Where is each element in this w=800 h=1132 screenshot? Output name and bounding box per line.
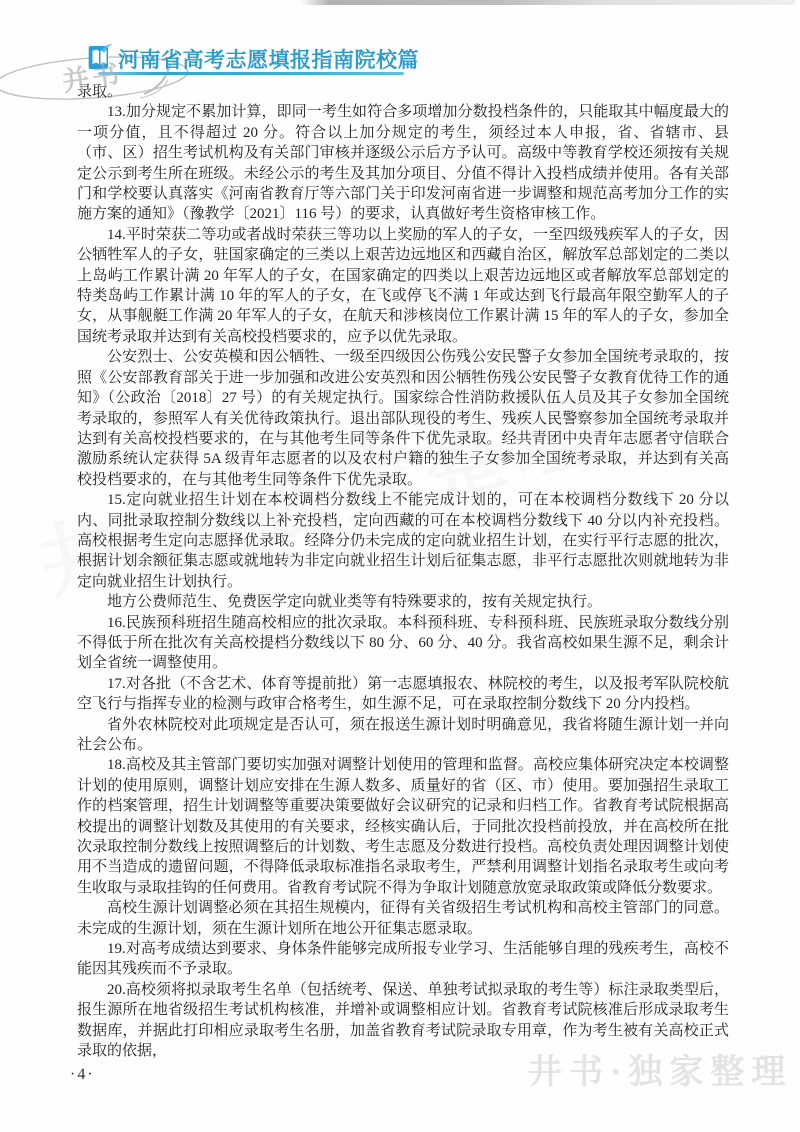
paragraph: 18.高校及其主管部门要切实加强对调整计划使用的管理和监督。高校应集体研究决定本…: [77, 755, 729, 898]
paragraph: 录取。: [77, 82, 729, 102]
document-body: 录取。13.加分规定不累加计算，即同一考生如符合多项增加分数投档条件的，只能取其…: [77, 82, 729, 1062]
scan-edge-artifact: [300, 0, 795, 5]
paragraph: 16.民族预科班招生随高校相应的批次录取。本科预科班、专科预科班、民族班录取分数…: [77, 613, 729, 674]
paragraph: 19.对高考成绩达到要求、身体条件能够完成所报专业学习、生活能够自理的残疾考生，…: [77, 939, 729, 980]
scanned-document-page: 河南省高考志愿填报指南院校篇 并书 录取。13.加分规定不累加计算，即同一考生如…: [0, 0, 800, 1132]
page-title: 河南省高考志愿填报指南院校篇: [118, 44, 419, 74]
page-number: ·4·: [70, 1066, 95, 1084]
paragraph: 公安烈士、公安英模和因公牺牲、一级至四级因公伤残公安民警子女参加全国统考录取的，…: [77, 347, 729, 490]
paragraph: 20.高校须将拟录取考生名单（包括统考、保送、单独考试拟录取的考生等）标注录取类…: [77, 980, 729, 1062]
paragraph: 14.平时荣获二等功或者战时荣获三等功以上奖励的军人的子女，一至四级残疾军人的子…: [77, 225, 729, 347]
paragraph: 15.定向就业招生计划在本校调档分数线上不能完成计划的，可在本校调档分数线下 2…: [77, 490, 729, 592]
watermark-top-left: 并书: [60, 52, 125, 99]
paragraph: 高校生源计划调整必须在其招生规模内，征得有关省级招生考试机构和高校主管部门的同意…: [77, 898, 729, 939]
paragraph: 13.加分规定不累加计算，即同一考生如符合多项增加分数投档条件的，只能取其中幅度…: [77, 102, 729, 224]
paragraph: 地方公费师范生、免费医学定向就业类等有特殊要求的，按有关规定执行。: [77, 592, 729, 612]
paragraph: 17.对各批（不含艺术、体育等提前批）第一志愿填报农、林院校的考生，以及报考军队…: [77, 674, 729, 715]
paragraph: 省外农林院校对此项规定是否认可，须在报送生源计划时明确意见，我省将随生源计划一并…: [77, 715, 729, 756]
